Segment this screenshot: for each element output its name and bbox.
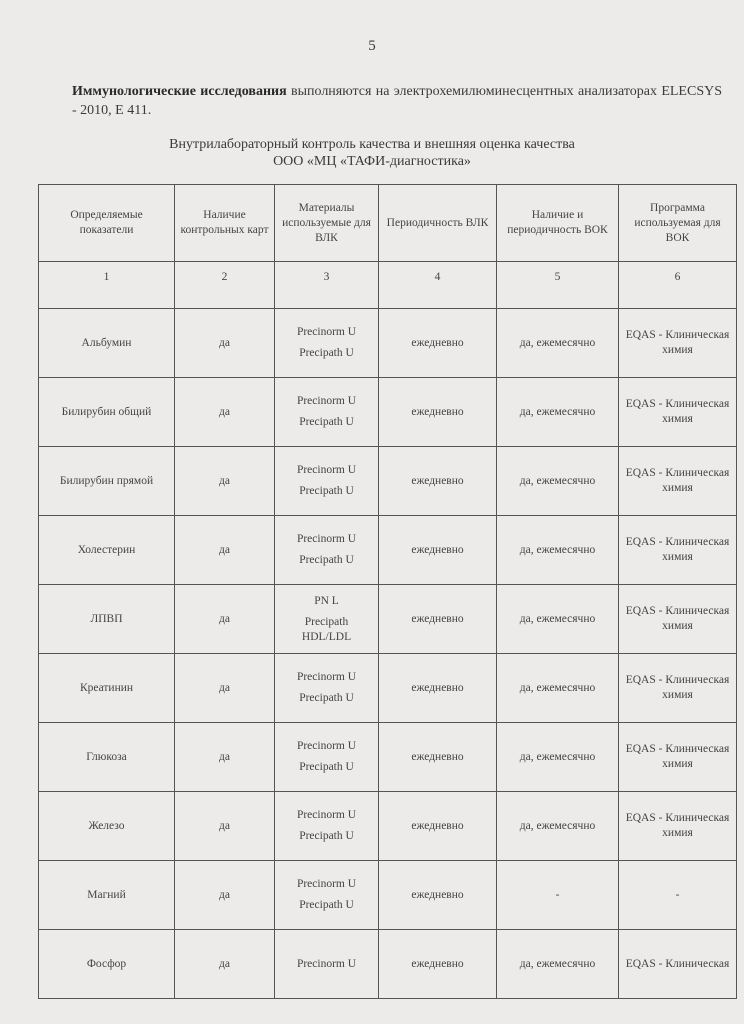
material-item: Precinorm U <box>279 325 374 340</box>
indicator-cell: Билирубин прямой <box>39 447 175 516</box>
column-number: 1 <box>39 262 175 309</box>
table-row: ЛПВПдаPN LPrecipath HDL/LDLежедневнода, … <box>39 585 737 654</box>
material-item: Precinorm U <box>279 394 374 409</box>
materials-cell: PN LPrecipath HDL/LDL <box>275 585 379 654</box>
title-line-1: Внутрилабораторный контроль качества и в… <box>0 136 744 153</box>
header-row: Определяемые показателиНаличие контрольн… <box>39 185 737 262</box>
vok-cell: да, ежемесячно <box>497 792 619 861</box>
table-row: ФосфордаPrecinorm Uежедневнода, ежемесяч… <box>39 930 737 999</box>
vlk-period-cell: ежедневно <box>379 861 497 930</box>
column-number: 2 <box>175 262 275 309</box>
column-number-row: 123456 <box>39 262 737 309</box>
indicator-cell: Альбумин <box>39 309 175 378</box>
indicator-cell: Холестерин <box>39 516 175 585</box>
material-item: Precipath HDL/LDL <box>279 615 374 645</box>
material-item: Precinorm U <box>279 877 374 892</box>
material-item: Precipath U <box>279 691 374 706</box>
column-header: Программа используемая для ВОК <box>619 185 737 262</box>
control-cards-cell: да <box>175 309 275 378</box>
vok-cell: да, ежемесячно <box>497 447 619 516</box>
vlk-period-cell: ежедневно <box>379 723 497 792</box>
material-item: Precipath U <box>279 484 374 499</box>
materials-cell: Precinorm UPrecipath U <box>275 516 379 585</box>
program-cell: EQAS - Клиническая химия <box>619 378 737 447</box>
materials-cell: Precinorm U <box>275 930 379 999</box>
program-cell: EQAS - Клиническая химия <box>619 654 737 723</box>
column-number: 6 <box>619 262 737 309</box>
program-cell: EQAS - Клиническая химия <box>619 792 737 861</box>
control-cards-cell: да <box>175 447 275 516</box>
materials-cell: Precinorm UPrecipath U <box>275 447 379 516</box>
material-item: Precinorm U <box>279 463 374 478</box>
vok-cell: да, ежемесячно <box>497 654 619 723</box>
column-header: Наличие и периодичность ВОК <box>497 185 619 262</box>
control-cards-cell: да <box>175 723 275 792</box>
column-number: 4 <box>379 262 497 309</box>
table-title: Внутрилабораторный контроль качества и в… <box>0 136 744 170</box>
program-cell: EQAS - Клиническая <box>619 930 737 999</box>
material-item: Precipath U <box>279 553 374 568</box>
vlk-period-cell: ежедневно <box>379 309 497 378</box>
column-header: Определяемые показатели <box>39 185 175 262</box>
intro-bold: Иммунологические исследования <box>72 84 287 99</box>
table-row: ГлюкозадаPrecinorm UPrecipath Uежедневно… <box>39 723 737 792</box>
control-cards-cell: да <box>175 861 275 930</box>
table-row: Билирубин прямойдаPrecinorm UPrecipath U… <box>39 447 737 516</box>
vlk-period-cell: ежедневно <box>379 654 497 723</box>
vok-cell: - <box>497 861 619 930</box>
table-row: Билирубин общийдаPrecinorm UPrecipath Uе… <box>39 378 737 447</box>
quality-control-table: Определяемые показателиНаличие контрольн… <box>38 184 737 999</box>
vok-cell: да, ежемесячно <box>497 516 619 585</box>
vok-cell: да, ежемесячно <box>497 723 619 792</box>
program-cell: EQAS - Клиническая химия <box>619 723 737 792</box>
program-cell: EQAS - Клиническая химия <box>619 516 737 585</box>
indicator-cell: Фосфор <box>39 930 175 999</box>
table-row: ЖелезодаPrecinorm UPrecipath Uежедневнод… <box>39 792 737 861</box>
material-item: Precipath U <box>279 898 374 913</box>
vok-cell: да, ежемесячно <box>497 585 619 654</box>
vlk-period-cell: ежедневно <box>379 516 497 585</box>
table-row: МагнийдаPrecinorm UPrecipath Uежедневно-… <box>39 861 737 930</box>
program-cell: - <box>619 861 737 930</box>
control-cards-cell: да <box>175 378 275 447</box>
material-item: Precinorm U <box>279 739 374 754</box>
material-item: Precipath U <box>279 760 374 775</box>
material-item: Precipath U <box>279 415 374 430</box>
table-row: ХолестериндаPrecinorm UPrecipath Uежедне… <box>39 516 737 585</box>
material-item: Precinorm U <box>279 808 374 823</box>
column-number: 5 <box>497 262 619 309</box>
material-item: Precipath U <box>279 829 374 844</box>
vlk-period-cell: ежедневно <box>379 378 497 447</box>
vlk-period-cell: ежедневно <box>379 930 497 999</box>
control-cards-cell: да <box>175 654 275 723</box>
page-number: 5 <box>0 38 744 55</box>
control-cards-cell: да <box>175 792 275 861</box>
material-item: Precinorm U <box>279 532 374 547</box>
indicator-cell: Креатинин <box>39 654 175 723</box>
program-cell: EQAS - Клиническая химия <box>619 447 737 516</box>
materials-cell: Precinorm UPrecipath U <box>275 378 379 447</box>
materials-cell: Precinorm UPrecipath U <box>275 654 379 723</box>
indicator-cell: ЛПВП <box>39 585 175 654</box>
indicator-cell: Глюкоза <box>39 723 175 792</box>
vok-cell: да, ежемесячно <box>497 930 619 999</box>
program-cell: EQAS - Клиническая химия <box>619 585 737 654</box>
table-row: АльбуминдаPrecinorm UPrecipath Uежедневн… <box>39 309 737 378</box>
control-cards-cell: да <box>175 516 275 585</box>
control-cards-cell: да <box>175 585 275 654</box>
table-row: КреатининдаPrecinorm UPrecipath Uежеднев… <box>39 654 737 723</box>
column-number: 3 <box>275 262 379 309</box>
materials-cell: Precinorm UPrecipath U <box>275 792 379 861</box>
vlk-period-cell: ежедневно <box>379 447 497 516</box>
vok-cell: да, ежемесячно <box>497 378 619 447</box>
material-item: PN L <box>279 594 374 609</box>
indicator-cell: Билирубин общий <box>39 378 175 447</box>
indicator-cell: Магний <box>39 861 175 930</box>
column-header: Наличие контрольных карт <box>175 185 275 262</box>
column-header: Периодичность ВЛК <box>379 185 497 262</box>
column-header: Материалы используемые для ВЛК <box>275 185 379 262</box>
vlk-period-cell: ежедневно <box>379 792 497 861</box>
vlk-period-cell: ежедневно <box>379 585 497 654</box>
material-item: Precinorm U <box>279 957 374 972</box>
control-cards-cell: да <box>175 930 275 999</box>
vok-cell: да, ежемесячно <box>497 309 619 378</box>
materials-cell: Precinorm UPrecipath U <box>275 309 379 378</box>
material-item: Precipath U <box>279 346 374 361</box>
material-item: Precinorm U <box>279 670 374 685</box>
program-cell: EQAS - Клиническая химия <box>619 309 737 378</box>
materials-cell: Precinorm UPrecipath U <box>275 861 379 930</box>
materials-cell: Precinorm UPrecipath U <box>275 723 379 792</box>
intro-paragraph: Иммунологические исследования выполняютс… <box>72 82 722 120</box>
title-line-2: ООО «МЦ «ТАФИ-диагностика» <box>0 153 744 170</box>
indicator-cell: Железо <box>39 792 175 861</box>
